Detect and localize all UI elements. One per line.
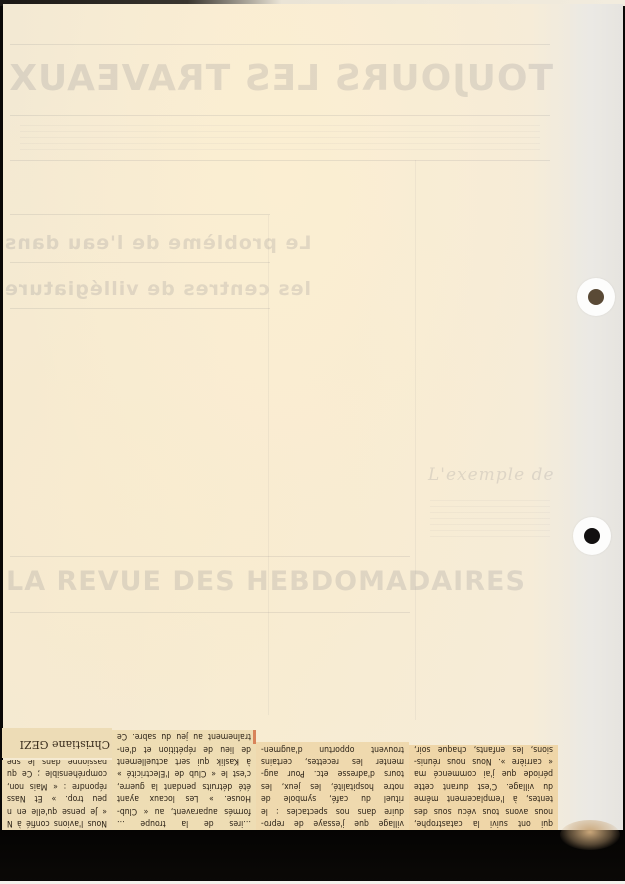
scanner-light-reflection xyxy=(560,820,620,850)
clipping-text-line: formés auparavent, au « Club- xyxy=(117,804,251,816)
clipping-text-line: Nous l'avions confié à N xyxy=(7,817,107,829)
clipping-signature: Christiane GEZI xyxy=(20,738,110,750)
clipping-column-1: Nous l'avions confié à N« Je pense qu'el… xyxy=(2,760,112,832)
ghost-headline-top: TOUJOURS LES TRAVEAUX D'ETALAGES xyxy=(8,58,553,99)
sheet-right-margin xyxy=(570,4,623,830)
clipping-text-line: menter les recettes, certains xyxy=(261,755,404,767)
clipping-text-line: nous avons tous vécu sous des xyxy=(414,804,553,816)
clipping-text-line: qui ont suivi la catastrophe, xyxy=(414,817,553,829)
clipping-text-line: rituel du café, symbole de xyxy=(261,792,404,804)
clipping-signature-block: Christiane GEZI xyxy=(2,728,112,758)
ghost-rule xyxy=(10,262,270,263)
clipping-text-line: notre hospitalité, les jeux, les xyxy=(261,779,404,791)
clipping-text-line: été détruits pendant la guerre, xyxy=(117,779,251,791)
ghost-headline-revue: LA REVUE DES HEBDOMADAIRES xyxy=(6,566,526,597)
clipping-text-line: période que j'ai commencé ma xyxy=(414,767,553,779)
clipping-text-line: passionne dans le spe xyxy=(7,760,107,767)
clipping-text-line: « Je pense qu'elle en n xyxy=(7,804,107,816)
clipping-text-line: sions, les enfants, chaque soir, xyxy=(414,745,553,755)
clipping-text-line: c'est le « Club de l'Electricité » xyxy=(117,767,251,779)
clipping-text-line: peu trop. » Et Nass xyxy=(7,792,107,804)
clipping-text-line: trouvent opportun d'augmen- xyxy=(261,742,404,754)
clipping-text-line: village que j'essaye de repro- xyxy=(261,817,404,829)
binder-hole-bottom xyxy=(573,517,611,555)
ghost-text-lines xyxy=(430,500,550,540)
clipping-text-line: tours d'adresse etc. Pour aug- xyxy=(261,767,404,779)
clipping-text-line: …ires de la troupe … xyxy=(117,817,251,829)
clipping-text-line: House. » Les locaux ayant xyxy=(117,792,251,804)
clipping-text-line: tentes, à l'emplacement même xyxy=(414,792,553,804)
clipping-text-line: à Kaslik qui sert actuellement xyxy=(117,755,251,767)
clipping-text-line: duire dans nos spectacles : le xyxy=(261,804,404,816)
clipping-text-line: traînement au jeu du sabre. Ce xyxy=(117,730,251,742)
clipping-column-3: village que j'essaye de repro-duire dans… xyxy=(256,742,409,832)
ghost-headline-water-2: les centres de villégiature xyxy=(4,278,311,300)
clipping-column-2: …ires de la troupe …formés auparavent, a… xyxy=(112,730,256,832)
ghost-rule xyxy=(10,612,410,613)
ghost-rule xyxy=(10,115,550,116)
clipping-column-4: qui ont suivi la catastrophe,nous avons … xyxy=(409,745,558,832)
clipping-text-line: du village. C'est durant cette xyxy=(414,779,553,791)
ghost-rule xyxy=(10,556,410,557)
ghost-column-rule xyxy=(415,160,416,720)
ghost-rule xyxy=(10,44,550,45)
clipping-text-line: répondre : « Mais non, xyxy=(7,779,107,791)
binder-hole-top xyxy=(577,278,615,316)
scanner-background xyxy=(0,830,625,884)
ghost-headline-right: L'exemple de xyxy=(428,465,555,485)
ghost-text-lines xyxy=(20,125,540,155)
clipping-text-line: de lieu de répétition et d'en- xyxy=(117,742,251,754)
ghost-rule xyxy=(10,308,270,309)
clipping-text-line: compréhensible ; Ce qu xyxy=(7,767,107,779)
clipping-text-line: « carrière ». Nous nous réunis- xyxy=(414,755,553,767)
scanned-page: TOUJOURS LES TRAVEAUX D'ETALAGES Le prob… xyxy=(0,0,625,884)
ghost-rule xyxy=(10,214,270,215)
ghost-rule xyxy=(10,160,550,161)
ghost-headline-water-1: Le problème de l'eau dans xyxy=(4,232,311,254)
